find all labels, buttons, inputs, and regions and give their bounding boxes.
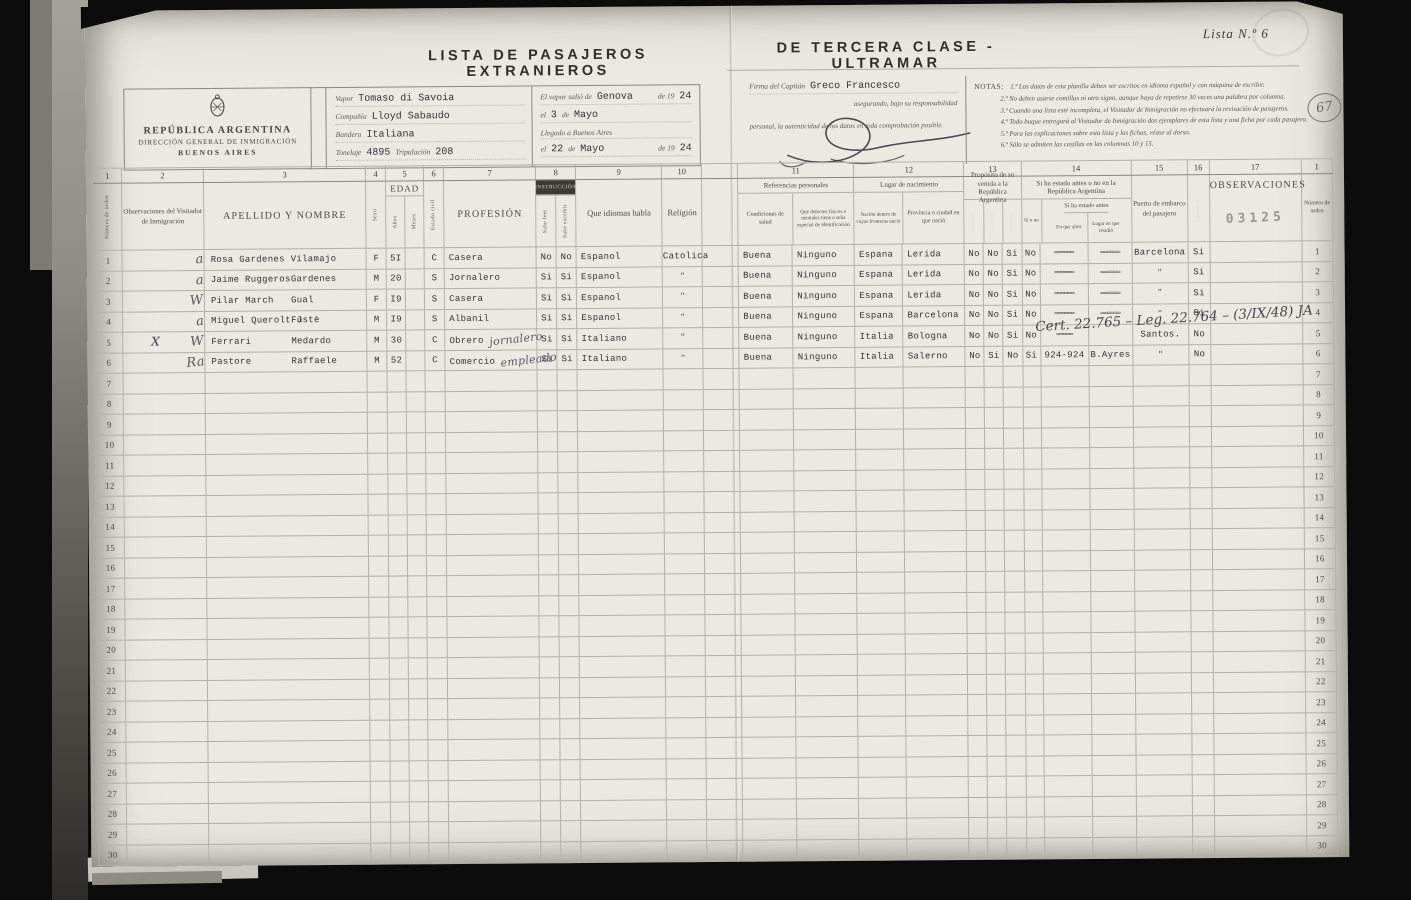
languages [579, 656, 665, 677]
visitador-mark [126, 783, 208, 804]
place-resided [1089, 488, 1133, 509]
purpose-1 [966, 469, 985, 490]
birth-nation [859, 818, 907, 839]
age-months [408, 596, 427, 617]
can-write [559, 575, 579, 596]
can-write [559, 657, 579, 678]
colnum-1: 1 [93, 168, 121, 183]
birth-nation: Espana [854, 244, 902, 265]
purpose-2 [988, 838, 1007, 859]
been-before [1023, 468, 1041, 489]
languages [579, 594, 665, 615]
org-country: REPÚBLICA ARGENTINA [125, 124, 311, 136]
health-condition [743, 778, 797, 799]
visitador-mark [126, 803, 208, 824]
sex [369, 658, 389, 679]
order-number-right: 1 [1302, 241, 1333, 262]
can-read [538, 431, 558, 452]
purpose-2: Si [984, 346, 1003, 367]
defects [794, 449, 856, 470]
header-proposito: Propósito de su venida a la República Ar… [964, 176, 1022, 243]
languages [581, 799, 667, 820]
sex [367, 371, 387, 392]
visitador-mark [126, 701, 208, 722]
el-label-2: el [541, 144, 546, 153]
been-before [1023, 427, 1041, 448]
birth-province [907, 818, 969, 839]
name-cell [205, 412, 367, 434]
visitador-mark [124, 455, 206, 476]
law-flag [1189, 426, 1211, 447]
visitador-mark [126, 742, 208, 763]
visitador-mark [123, 393, 205, 414]
embark-port [1133, 467, 1189, 488]
purpose-2 [987, 715, 1006, 736]
issuing-authority-box: REPÚBLICA ARGENTINA DIRECCIÓN GENERAL DE… [123, 87, 312, 170]
purpose-1 [965, 366, 984, 387]
birth-nation [855, 367, 903, 388]
purpose-3 [1004, 428, 1023, 449]
purpose-3 [1007, 756, 1026, 777]
purpose-2 [985, 489, 1004, 510]
order-number-right: 30 [1306, 835, 1337, 856]
sex: M [366, 269, 386, 290]
place-resided [1092, 755, 1136, 776]
header-estado-civil: Estado civil [424, 181, 445, 248]
years-before [1043, 653, 1091, 674]
age-months [407, 432, 426, 453]
profession [448, 698, 540, 719]
defects [796, 695, 858, 716]
sex [370, 740, 390, 761]
purpose-1 [969, 838, 988, 859]
age-years: 5I [386, 248, 405, 269]
civil-status [426, 473, 446, 494]
age-months [408, 576, 427, 597]
profession [446, 452, 538, 473]
age-months [408, 617, 427, 638]
can-write [558, 411, 578, 432]
birth-province [904, 408, 966, 429]
can-write [560, 677, 580, 698]
profession [449, 800, 541, 821]
place-resided [1091, 714, 1135, 735]
purpose-1 [969, 776, 988, 797]
purpose-2 [987, 674, 1006, 695]
observations-cell [1214, 835, 1306, 856]
can-write [560, 739, 580, 760]
name-cell [206, 474, 368, 496]
purpose-3: Si [1003, 264, 1022, 285]
birth-province [906, 633, 968, 654]
age-years [387, 412, 406, 433]
purpose-1 [968, 694, 987, 715]
law-flag [1192, 836, 1214, 857]
profession: Jornalero [444, 267, 536, 288]
name-cell [208, 740, 370, 762]
religion [665, 533, 705, 554]
birth-nation: Espana [855, 306, 903, 327]
order-number-left: 15 [96, 537, 124, 558]
age-months [407, 535, 426, 556]
profession [447, 554, 539, 575]
religion [665, 594, 705, 615]
embark-port: " [1132, 262, 1188, 283]
anio-label: de 19 [658, 91, 675, 100]
place-resided [1090, 591, 1134, 612]
visitador-mark [124, 537, 206, 558]
can-read [540, 780, 560, 801]
birth-province [906, 756, 968, 777]
purpose-1: No [964, 243, 983, 264]
religion [665, 574, 705, 595]
age-months [408, 555, 427, 576]
order-number-left: 23 [98, 701, 126, 722]
been-before: No [1022, 243, 1040, 264]
can-write [561, 841, 581, 862]
age-years [390, 760, 409, 781]
sex [371, 843, 391, 864]
name-cell [206, 515, 368, 537]
order-number-left: 19 [97, 619, 125, 640]
age-months [406, 412, 425, 433]
civil-status [428, 699, 448, 720]
purpose-3 [1005, 530, 1024, 551]
name-cell [208, 761, 370, 783]
purpose-2 [985, 428, 1004, 449]
civil-status [425, 391, 445, 412]
birth-province [906, 715, 968, 736]
order-number-left: 25 [98, 742, 126, 763]
health-condition [739, 388, 793, 409]
can-read [540, 698, 560, 719]
birth-nation [858, 675, 906, 696]
visitador-mark: Ra [123, 352, 205, 373]
been-before [1025, 632, 1043, 653]
header-row: Número de orden Observaciones del Visita… [94, 174, 1333, 251]
order-number-left: 20 [97, 640, 125, 661]
embark-port [1135, 652, 1191, 673]
observations-cell [1214, 733, 1306, 754]
purpose-1 [968, 674, 987, 695]
order-number-right: 22 [1305, 671, 1336, 692]
purpose-1: No [965, 305, 984, 326]
birth-province [905, 551, 967, 572]
observations-cell [1212, 548, 1304, 569]
observations-cell [1214, 774, 1306, 795]
notas-label: NOTAS: [974, 82, 1004, 91]
civil-status [426, 453, 446, 474]
place-resided: ══════ [1088, 242, 1132, 263]
purpose-1 [967, 530, 986, 551]
can-write [558, 431, 578, 452]
purpose-1 [966, 448, 985, 469]
civil-status [427, 637, 447, 658]
years-before [1044, 755, 1092, 776]
age-years: 52 [387, 350, 406, 371]
order-number-right: 9 [1303, 405, 1334, 426]
name-cell: Rosa GardenesVilamajo [204, 248, 366, 270]
can-write [559, 554, 579, 575]
purpose-2 [987, 694, 1006, 715]
order-number-left: 5 [95, 332, 123, 353]
purpose-3 [1006, 653, 1025, 674]
birth-nation [856, 429, 904, 450]
visitador-mark [126, 721, 208, 742]
can-read: Si [536, 267, 556, 288]
order-number-right: 21 [1305, 651, 1336, 672]
can-write [558, 472, 578, 493]
purpose-1 [968, 735, 987, 756]
languages [580, 676, 666, 697]
order-number-left: 29 [99, 824, 127, 845]
embark-port [1133, 426, 1189, 447]
place-resided [1091, 693, 1135, 714]
profession: Casera [444, 247, 536, 268]
can-read [540, 739, 560, 760]
purpose-1 [966, 387, 985, 408]
religion [665, 553, 705, 574]
years-before [1041, 489, 1089, 510]
place-resided: ══════ [1088, 283, 1132, 304]
observations-cell [1210, 282, 1302, 303]
embark-port [1136, 836, 1192, 857]
civil-status: C [425, 350, 445, 371]
defects [795, 613, 857, 634]
religion [664, 512, 704, 533]
embark-port [1134, 570, 1190, 591]
sex: M [367, 351, 387, 372]
age-years [389, 576, 408, 597]
age-years [390, 781, 409, 802]
years-before [1041, 468, 1089, 489]
profession [447, 636, 539, 657]
defects [794, 490, 856, 511]
age-months [406, 391, 425, 412]
health-condition: Buena [739, 265, 793, 286]
age-months [407, 514, 426, 535]
sex [368, 474, 388, 495]
religion [666, 676, 706, 697]
civil-status: S [425, 309, 445, 330]
purpose-3 [1004, 489, 1023, 510]
colnum-3: 3 [203, 166, 365, 182]
years-before [1041, 427, 1089, 448]
health-condition: Buena [739, 327, 793, 348]
observations-cell [1212, 589, 1304, 610]
visitador-mark [124, 557, 206, 578]
serial-number-stamp: 03125 [1226, 210, 1286, 228]
years-before [1040, 366, 1088, 387]
observations-cell [1210, 343, 1302, 364]
religion: " [662, 266, 702, 287]
fold-gap-cell [703, 389, 739, 410]
law-flag [1192, 816, 1214, 837]
birth-nation [857, 613, 905, 634]
profession: Casera [445, 288, 537, 309]
order-number-left: 26 [98, 763, 126, 784]
can-read [537, 370, 557, 391]
age-years [389, 658, 408, 679]
fold-gap-cell [705, 635, 741, 656]
can-write [561, 800, 581, 821]
health-condition [740, 491, 794, 512]
been-before [1025, 735, 1043, 756]
religion: Catolica [662, 246, 702, 267]
embark-port [1136, 795, 1192, 816]
defects [797, 777, 859, 798]
health-condition [740, 470, 794, 491]
purpose-2 [988, 817, 1007, 838]
order-number-right: 16 [1304, 548, 1335, 569]
header-edad: EDAD AñosMeses [386, 181, 425, 248]
been-before [1025, 694, 1043, 715]
been-before [1024, 612, 1042, 633]
can-read [538, 493, 558, 514]
nota-1: 1.ª Los datos de esta planilla deben ser… [1008, 82, 1265, 91]
observations-cell [1211, 384, 1303, 405]
been-before [1023, 386, 1041, 407]
purpose-2 [985, 407, 1004, 428]
embark-port [1135, 611, 1191, 632]
years-before [1043, 694, 1091, 715]
defects [795, 552, 857, 573]
civil-status [426, 494, 446, 515]
years-before [1044, 837, 1092, 858]
birth-nation [857, 531, 905, 552]
defects [796, 757, 858, 778]
age-years: I9 [387, 309, 406, 330]
civil-status [425, 412, 445, 433]
age-months [406, 289, 425, 310]
can-read [539, 636, 559, 657]
health-condition [742, 655, 796, 676]
name-cell [208, 802, 370, 824]
age-months [409, 740, 428, 761]
can-read: Si [537, 308, 557, 329]
languages [579, 615, 665, 636]
voyage-details: El vapor salió deGenovade 1924 el3deMayo… [531, 85, 700, 166]
colnum-15: 15 [1131, 160, 1187, 175]
purpose-2 [985, 448, 1004, 469]
embark-port [1135, 713, 1191, 734]
law-flag [1191, 652, 1213, 673]
place-resided [1090, 529, 1134, 550]
salio-label: El vapor salió de [540, 92, 592, 101]
birth-province [905, 613, 967, 634]
birth-nation [859, 777, 907, 798]
place-resided [1091, 734, 1135, 755]
colnum-11: 11 [738, 162, 854, 178]
sex [370, 699, 390, 720]
health-condition [741, 573, 795, 594]
colnum-4: 4 [366, 166, 386, 181]
compania-label: Compañía [335, 112, 366, 121]
can-read [540, 718, 560, 739]
can-write [559, 534, 579, 555]
profession [446, 513, 538, 534]
purpose-1 [968, 715, 987, 736]
book-page-stack [52, 0, 88, 900]
visitador-mark [125, 578, 207, 599]
can-read [539, 534, 559, 555]
health-condition [739, 368, 793, 389]
age-years [390, 740, 409, 761]
civil-status [427, 658, 447, 679]
profession [449, 841, 541, 862]
can-read [538, 513, 558, 534]
can-write [558, 493, 578, 514]
purpose-1: No [965, 325, 984, 346]
el-label: el [540, 110, 545, 119]
place-resided [1092, 837, 1136, 858]
observations-cell [1213, 630, 1305, 651]
law-flag [1190, 570, 1212, 591]
religion [667, 820, 707, 841]
languages: Espanol [577, 287, 663, 308]
order-number-right: 24 [1305, 712, 1336, 733]
embark-port [1136, 754, 1192, 775]
order-number-left: 18 [97, 599, 125, 620]
order-number-left: 4 [95, 312, 123, 333]
visitador-mark: a [123, 311, 205, 332]
been-before: No [1022, 263, 1040, 284]
purpose-3 [1007, 817, 1026, 838]
defects [797, 798, 859, 819]
purpose-3 [1006, 674, 1025, 695]
order-number-left: 16 [96, 558, 124, 579]
purpose-3: No [1003, 346, 1022, 367]
health-condition [741, 614, 795, 635]
defects [795, 634, 857, 655]
place-resided [1090, 509, 1134, 530]
fold-gap-cell [703, 368, 739, 389]
order-number-left: 1 [94, 250, 122, 271]
purpose-1 [968, 633, 987, 654]
age-years [390, 699, 409, 720]
purpose-1 [967, 510, 986, 531]
name-cell [205, 392, 367, 414]
fold-gap-cell [705, 614, 741, 635]
observations-cell [1213, 651, 1305, 672]
can-write [558, 513, 578, 534]
age-years [387, 391, 406, 412]
order-number-right: 3 [1302, 282, 1333, 303]
religion [664, 471, 704, 492]
purpose-1 [969, 797, 988, 818]
purpose-3 [1007, 776, 1026, 797]
defects: Ninguno [793, 265, 855, 286]
religion [666, 717, 706, 738]
profession [446, 431, 538, 452]
civil-status [426, 514, 446, 535]
sex [369, 617, 389, 638]
defects [797, 818, 859, 839]
order-number-right: 14 [1304, 507, 1335, 528]
purpose-2: No [984, 284, 1003, 305]
purpose-1 [966, 407, 985, 428]
been-before [1022, 366, 1040, 387]
can-write [557, 370, 577, 391]
observations-cell [1212, 487, 1304, 508]
purpose-1: No [965, 284, 984, 305]
law-flag [1191, 713, 1213, 734]
visitador-mark [125, 660, 207, 681]
years-before [1042, 591, 1090, 612]
observations-cell [1211, 425, 1303, 446]
been-before [1023, 407, 1041, 428]
civil-status: S [424, 268, 444, 289]
